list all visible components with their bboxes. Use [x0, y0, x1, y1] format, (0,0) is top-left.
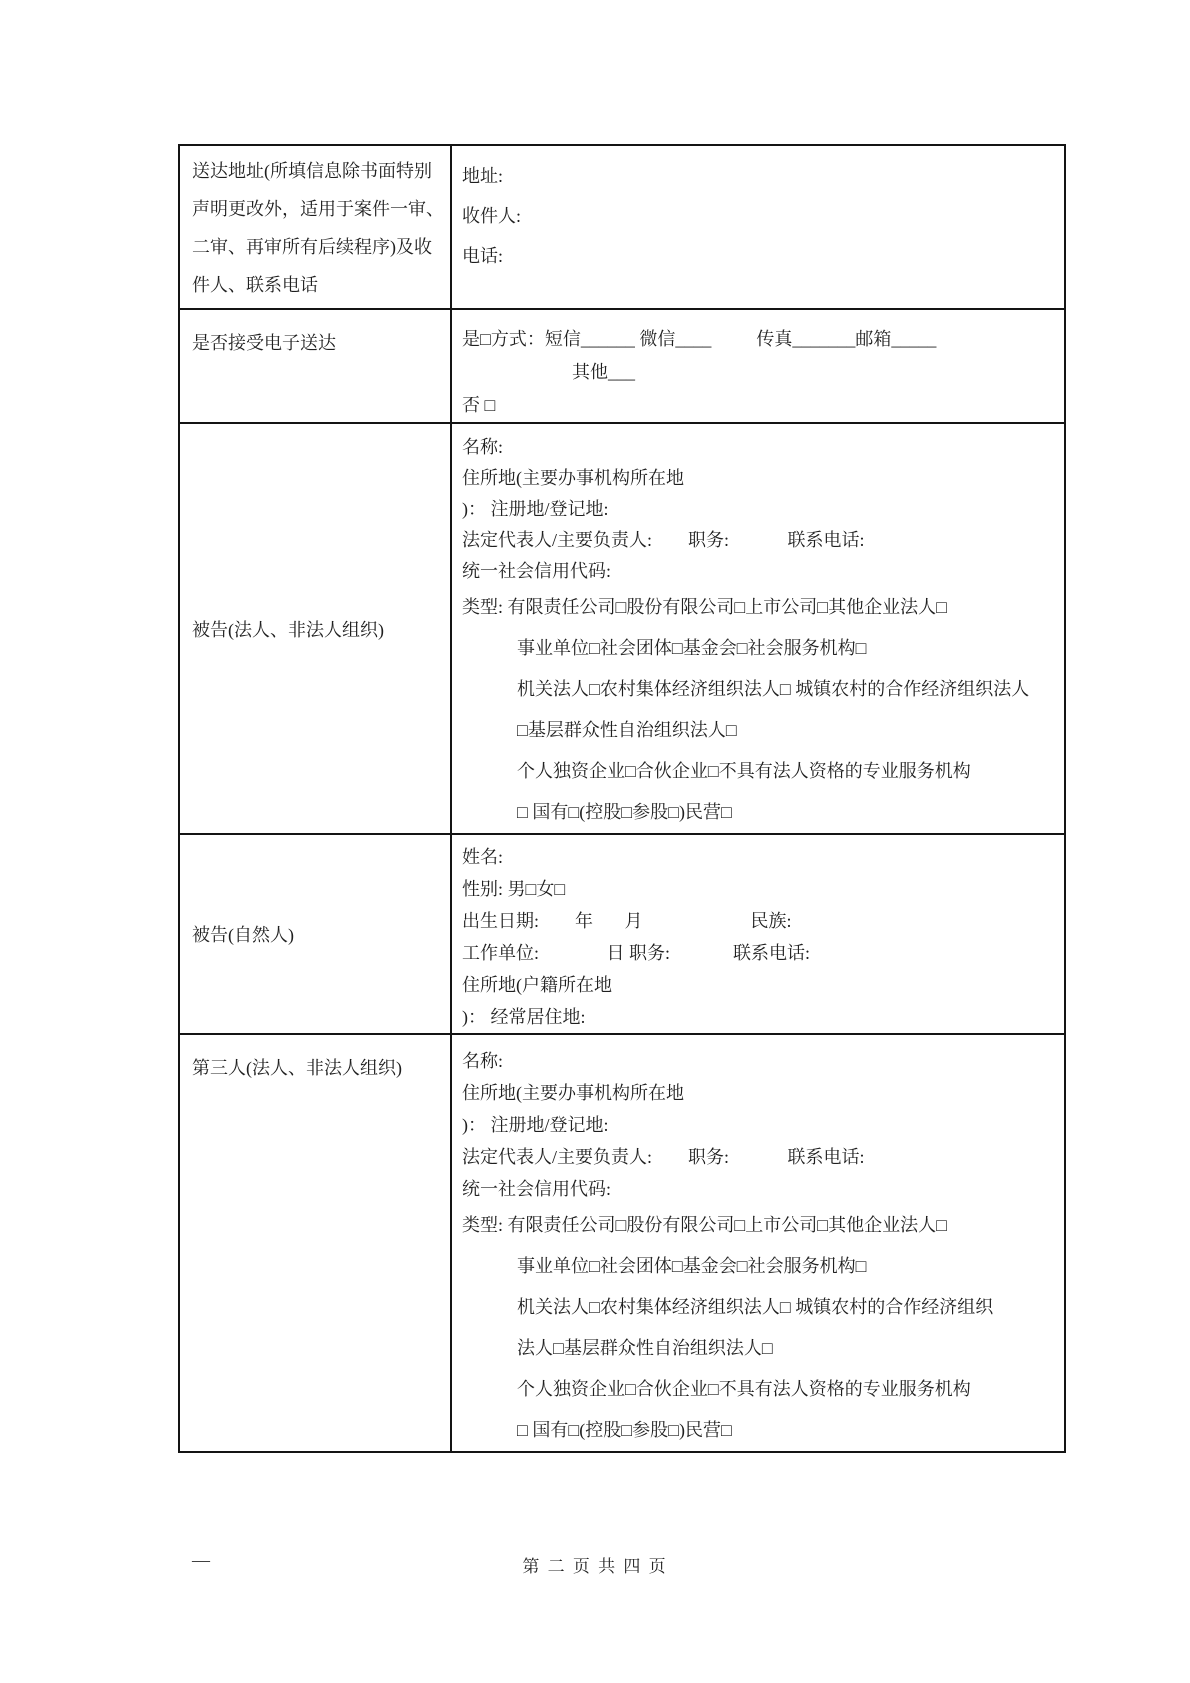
entity-type-options-line-2: 事业单位□社会团体□基金会□社会服务机构□ [462, 628, 1064, 669]
phone-field: 电话: [462, 236, 1064, 276]
defendant-natural-person-label: 被告(自然人) [179, 834, 451, 1034]
row-service-address: 送达地址(所填信息除书面特别声明更改外，适用于案件一审、二审、再审所有后续程序)… [179, 145, 1065, 309]
entity-type-options-line-2: 事业单位□社会团体□基金会□社会服务机构□ [462, 1246, 1064, 1287]
party-info-table: 送达地址(所填信息除书面特别声明更改外，适用于案件一审、二审、再审所有后续程序)… [178, 144, 1066, 1453]
ownership-options-line: □ 国有□(控股□参股□)民营□ [462, 1410, 1064, 1451]
page-number: 第 二 页 共 四 页 [0, 1552, 1190, 1577]
entity-type-options-line-5: 个人独资企业□合伙企业□不具有法人资格的专业服务机构 [462, 1369, 1064, 1410]
entity-type-options-line-4: 法人□基层群众性自治组织法人□ [462, 1328, 1064, 1369]
electronic-service-other-option: 其他___ [462, 356, 1064, 389]
social-credit-code-field: 统一社会信用代码: [462, 1173, 1064, 1205]
third-party-fields: 名称: 住所地(主要办事机构所在地 )： 注册地/登记地: 法定代表人/主要负责… [451, 1034, 1065, 1452]
domicile-field: 住所地(主要办事机构所在地 [462, 1077, 1064, 1109]
address-field: 地址: [462, 156, 1064, 196]
electronic-service-label: 是否接受电子送达 [179, 309, 451, 423]
entity-type-options-line-4: □基层群众性自治组织法人□ [462, 710, 1064, 751]
service-address-fields: 地址: 收件人: 电话: [451, 145, 1065, 309]
service-address-label: 送达地址(所填信息除书面特别声明更改外，适用于案件一审、二审、再审所有后续程序)… [179, 145, 451, 309]
entity-type-options-line-1: 类型: 有限责任公司□股份有限公司□上市公司□其他企业法人□ [462, 1205, 1064, 1246]
electronic-service-yes-options: 是□方式：短信______ 微信____ 传真_______邮箱_____ [462, 323, 1064, 356]
habitual-residence-field: )： 经常居住地: [462, 1001, 1064, 1033]
entity-type-options-line-3: 机关法人□农村集体经济组织法人□ 城镇农村的合作经济组织法人 [462, 669, 1064, 710]
entity-type-options-line-5: 个人独资企业□合伙企业□不具有法人资格的专业服务机构 [462, 751, 1064, 792]
third-party-label: 第三人(法人、非法人组织) [179, 1034, 451, 1452]
domicile-field: 住所地(主要办事机构所在地 [462, 463, 1064, 494]
row-third-party-legal-person: 第三人(法人、非法人组织) 名称: 住所地(主要办事机构所在地 )： 注册地/登… [179, 1034, 1065, 1452]
ownership-options-line: □ 国有□(控股□参股□)民营□ [462, 792, 1064, 833]
row-defendant-legal-person: 被告(法人、非法人组织) 名称: 住所地(主要办事机构所在地 )： 注册地/登记… [179, 423, 1065, 834]
name-field: 名称: [462, 432, 1064, 463]
legal-representative-field: 法定代表人/主要负责人: 职务: 联系电话: [462, 1141, 1064, 1173]
electronic-service-fields: 是□方式：短信______ 微信____ 传真_______邮箱_____ 其他… [451, 309, 1065, 423]
legal-representative-field: 法定代表人/主要负责人: 职务: 联系电话: [462, 525, 1064, 556]
social-credit-code-field: 统一社会信用代码: [462, 556, 1064, 587]
entity-type-options-line-3: 机关法人□农村集体经济组织法人□ 城镇农村的合作经济组织 [462, 1287, 1064, 1328]
row-defendant-natural-person: 被告(自然人) 姓名: 性别: 男□女□ 出生日期: 年 月 民族: 工作单位:… [179, 834, 1065, 1034]
row-electronic-service: 是否接受电子送达 是□方式：短信______ 微信____ 传真_______邮… [179, 309, 1065, 423]
birthdate-ethnicity-field: 出生日期: 年 月 民族: [462, 905, 1064, 937]
defendant-natural-person-fields: 姓名: 性别: 男□女□ 出生日期: 年 月 民族: 工作单位: 日 职务: 联… [451, 834, 1065, 1034]
registered-address-field: )： 注册地/登记地: [462, 494, 1064, 525]
household-domicile-field: 住所地(户籍所在地 [462, 969, 1064, 1001]
employer-position-phone-field: 工作单位: 日 职务: 联系电话: [462, 937, 1064, 969]
entity-type-options-line-1: 类型: 有限责任公司□股份有限公司□上市公司□其他企业法人□ [462, 587, 1064, 628]
name-field: 名称: [462, 1045, 1064, 1077]
electronic-service-no-option: 否 □ [462, 389, 1064, 422]
person-name-field: 姓名: [462, 841, 1064, 873]
defendant-legal-person-label: 被告(法人、非法人组织) [179, 423, 451, 834]
recipient-field: 收件人: [462, 196, 1064, 236]
gender-options: 性别: 男□女□ [462, 873, 1064, 905]
defendant-legal-person-fields: 名称: 住所地(主要办事机构所在地 )： 注册地/登记地: 法定代表人/主要负责… [451, 423, 1065, 834]
document-page: 送达地址(所填信息除书面特别声明更改外，适用于案件一审、二审、再审所有后续程序)… [0, 0, 1190, 1683]
registered-address-field: )： 注册地/登记地: [462, 1109, 1064, 1141]
